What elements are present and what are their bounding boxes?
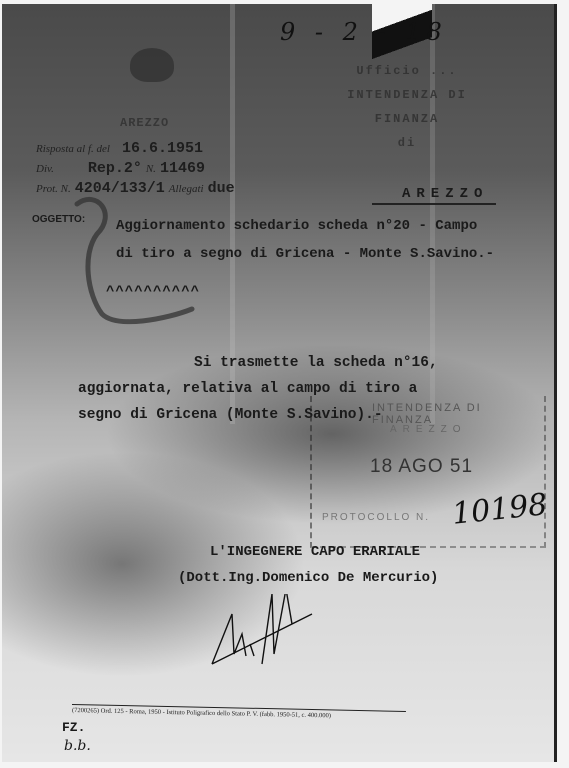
letterhead-line: di xyxy=(292,136,522,150)
letterhead-left-city: AREZZO xyxy=(120,116,169,130)
number-value: 11469 xyxy=(160,160,205,177)
recipient-city: AREZZO xyxy=(372,186,496,205)
stamp-protocol-label: PROTOCOLLO N. xyxy=(322,512,430,523)
body-line: Si trasmette la scheda n°16, xyxy=(78,350,518,376)
letterhead-line: FINANZA xyxy=(292,112,522,126)
stamp-protocol-number: 10198 xyxy=(450,487,549,532)
attachments-value: due xyxy=(208,180,235,197)
stamp-date: 18 AGO 51 xyxy=(370,456,473,478)
stamp-city: AREZZO xyxy=(390,424,467,435)
subject-label: OGGETTO: xyxy=(32,214,85,225)
received-stamp: INTENDENZA DI FINANZA AREZZO 18 AGO 51 P… xyxy=(310,396,546,548)
handwritten-initials: b.b. xyxy=(64,738,91,754)
division-value: Rep.2° xyxy=(88,160,142,177)
handwritten-reference: 9 - 2 - 18 xyxy=(280,18,448,46)
signatory-title: L'INGEGNERE CAPO ERARIALE xyxy=(210,544,420,560)
scanned-letter: 9 - 2 - 18 AREZZO Risposta al f. del 16.… xyxy=(2,4,557,762)
subject-line: di tiro a segno di Gricena - Monte S.Sav… xyxy=(116,240,546,268)
signatory-name: (Dott.Ing.Domenico De Mercurio) xyxy=(178,570,438,586)
letterhead-line: INTENDENZA DI xyxy=(292,88,522,102)
number-label: N. xyxy=(146,163,156,175)
subject-line: Aggiornamento schedario scheda n°20 - Ca… xyxy=(116,212,546,240)
handwritten-signature xyxy=(202,594,322,674)
state-emblem-icon xyxy=(130,48,174,82)
division-label: Div. xyxy=(36,163,54,175)
reply-row: Risposta al f. del 16.6.1951 xyxy=(36,140,203,157)
division-row: Div. Rep.2° N. 11469 xyxy=(36,160,205,177)
stamp-office: INTENDENZA DI FINANZA xyxy=(372,402,544,426)
subject-text: Aggiornamento schedario scheda n°20 - Ca… xyxy=(116,212,546,268)
letterhead-line: Ufficio ... xyxy=(292,64,522,78)
letterhead-right: Ufficio ... INTENDENZA DI FINANZA di xyxy=(292,64,522,160)
reply-label: Risposta al f. del xyxy=(36,143,110,155)
subject-underline: ^^^^^^^^^^ xyxy=(106,284,200,300)
typist-code: FZ. xyxy=(62,720,85,735)
reply-date: 16.6.1951 xyxy=(122,140,203,157)
